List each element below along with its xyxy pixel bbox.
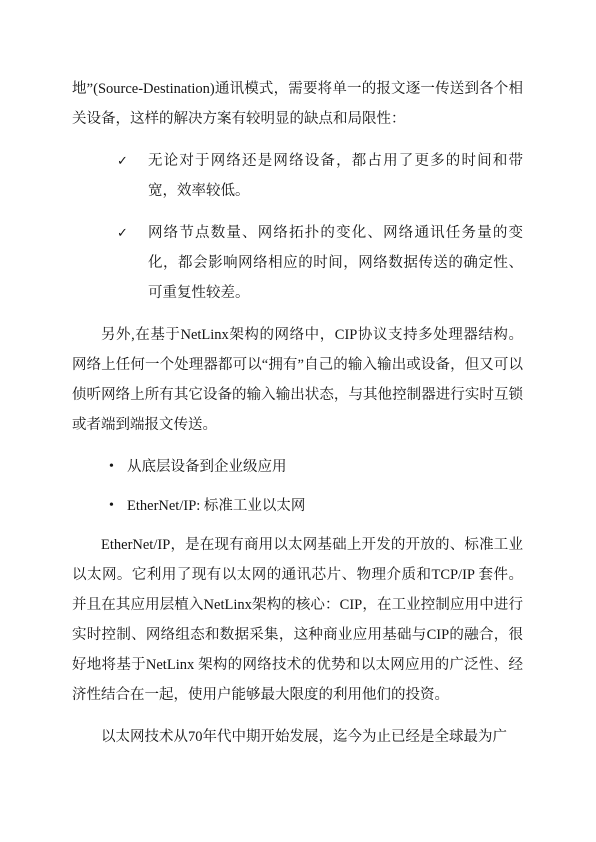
checkmark-icon: ✓ bbox=[117, 218, 128, 248]
list-item-text: 从底层设备到企业级应用 bbox=[127, 459, 287, 475]
paragraph-source-destination: 地”(Source-Destination)通讯模式，需要将单一的报文逐一传送到… bbox=[72, 74, 523, 134]
bullet-dot-icon: • bbox=[109, 491, 114, 521]
checkmark-icon: ✓ bbox=[117, 146, 128, 176]
check-list-item-determinism: ✓ 网络节点数量、网络拓扑的变化、网络通讯任务量的变化，都会影响网络相应的时间，… bbox=[72, 218, 523, 308]
paragraph-netlinx-cip: 另外,在基于NetLinx架构的网络中，CIP协议支持多处理器结构。网络上任何一… bbox=[72, 320, 523, 440]
list-item-text: 网络节点数量、网络拓扑的变化、网络通讯任务量的变化，都会影响网络相应的时间，网络… bbox=[148, 225, 523, 301]
check-list-item-bandwidth: ✓ 无论对于网络还是网络设备，都占用了更多的时间和带宽，效率较低。 bbox=[72, 146, 523, 206]
document-page: 地”(Source-Destination)通讯模式，需要将单一的报文逐一传送到… bbox=[0, 0, 596, 842]
dot-list-item-device-to-enterprise: • 从底层设备到企业级应用 bbox=[72, 452, 523, 482]
paragraph-ethernet-history: 以太网技术从70年代中期开始发展，迄今为止已经是全球最为广 bbox=[72, 722, 523, 752]
list-item-text: 无论对于网络还是网络设备，都占用了更多的时间和带宽，效率较低。 bbox=[148, 153, 523, 199]
list-item-text: EtherNet/IP: 标准工业以太网 bbox=[127, 498, 305, 514]
paragraph-ethernet-ip-description: EtherNet/IP，是在现有商用以太网基础上开发的开放的、标准工业以太网。它… bbox=[72, 530, 523, 710]
dot-list-item-ethernet-ip: • EtherNet/IP: 标准工业以太网 bbox=[72, 491, 523, 521]
bullet-dot-icon: • bbox=[109, 452, 114, 482]
